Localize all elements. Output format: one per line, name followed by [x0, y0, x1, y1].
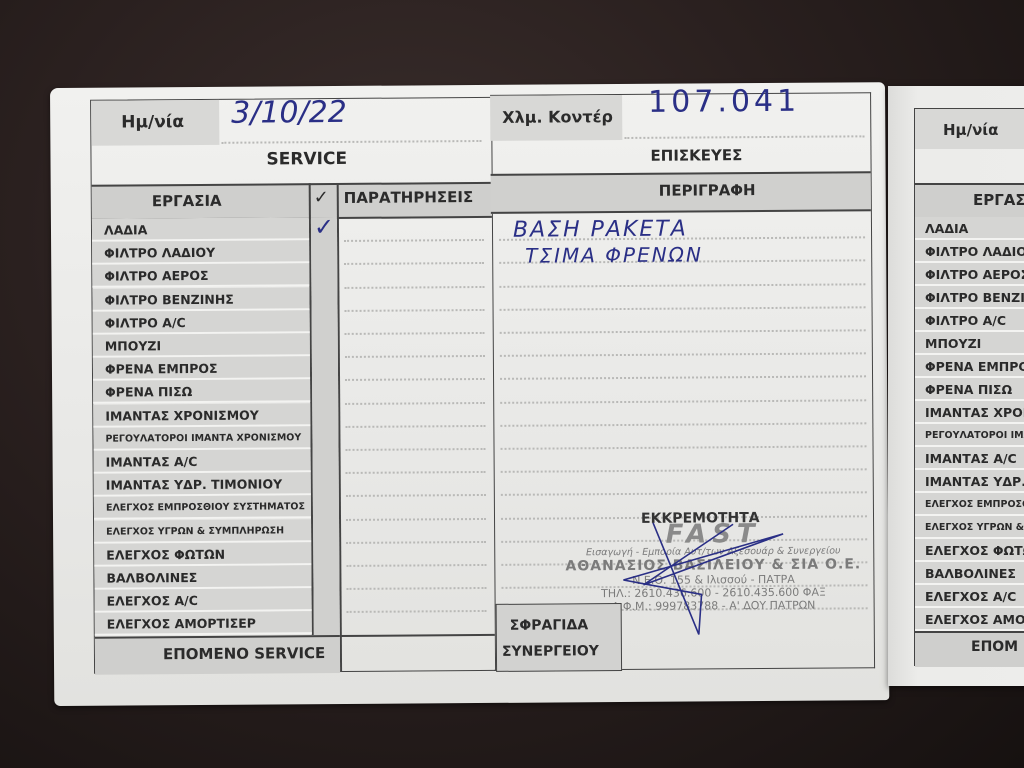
task-row: ΕΛΕΓΧΟΣ ΑΜΟΡΤΙΣΕΡ: [95, 612, 312, 637]
repairs-title: ΕΠΙΣΚΕΥΕΣ: [650, 146, 742, 165]
task-row: ΕΛΕΓΧΟΣ ΦΩΤΩΝ: [94, 542, 311, 567]
notes-column-header: ΠΑΡΑΤΗΡΗΣΕΙΣ: [344, 188, 474, 207]
task-row: ΙΜΑΝΤΑΣ A/C: [94, 449, 311, 474]
right-task-row: ΙΜΑΝΤΑΣ ΥΔΡ.: [915, 470, 1024, 493]
odometer-label: Χλμ. Κοντέρ: [502, 107, 613, 127]
task-row: ΡΕΓΟΥΛΑΤΟΡΟΙ ΙΜΑΝΤΑ ΧΡΟΝΙΣΜΟΥ: [93, 426, 310, 451]
right-task-row: ΜΠΟΥΖΙ: [915, 332, 1024, 355]
right-date-label: Ημ/νία: [943, 121, 998, 139]
right-task-row: ΒΑΛΒΟΛΙΝΕΣ: [915, 562, 1024, 585]
task-row: ΦΙΛΤΡΟ ΑΕΡΟΣ: [92, 264, 309, 289]
signature-scribble: [603, 514, 804, 655]
right-task-header: ΕΡΓΑΣ: [973, 191, 1024, 209]
right-task-row: ΦΙΛΤΡΟ ΑΕΡΟΣ: [915, 263, 1024, 286]
task-row: ΒΑΛΒΟΛΙΝΕΣ: [94, 565, 311, 590]
task-row: ΦΙΛΤΡΟ ΒΕΝΖΙΝΗΣ: [92, 287, 309, 312]
right-task-row: ΕΛΕΓΧΟΣ A/C: [915, 585, 1024, 608]
task-row: ΙΜΑΝΤΑΣ ΥΔΡ. ΤΙΜΟΝΙΟΥ: [94, 472, 311, 497]
task-row: ΜΠΟΥΖΙ: [93, 333, 310, 358]
shop-stamp-label-2: ΣΥΝΕΡΓΕΙΟΥ: [502, 643, 599, 660]
task-row: ΦΙΛΤΡΟ A/C: [93, 310, 310, 335]
task-row: ΕΛΕΓΧΟΣ ΕΜΠΡΟΣΘΙΟΥ ΣΥΣΤΗΜΑΤΟΣ: [94, 496, 311, 521]
task-row: ΦΙΛΤΡΟ ΛΑΔΙΟΥ: [92, 240, 309, 265]
date-value[interactable]: 3/10/22: [231, 95, 347, 131]
right-task-row: ΕΛΕΓΧΟΣ ΦΩΤΩΝ: [915, 539, 1024, 562]
right-task-row: ΛΑΔΙΑ: [915, 217, 1024, 240]
task-row: ΕΛΕΓΧΟΣ A/C: [95, 588, 312, 613]
odometer-value[interactable]: 107.041: [648, 84, 800, 120]
description-line-2[interactable]: ΤΣΙΜΑ ΦΡΕΝΩΝ: [525, 242, 703, 267]
task-row: ΦΡΕΝΑ ΕΜΠΡΟΣ: [93, 356, 310, 381]
task-row: ΕΛΕΓΧΟΣ ΥΓΡΩΝ & ΣΥΜΠΛΗΡΩΣΗ: [94, 519, 311, 544]
right-task-row: ΦΡΕΝΑ ΠΙΣΩ: [915, 378, 1024, 401]
task-row: ΦΡΕΝΑ ΠΙΣΩ: [93, 380, 310, 405]
task-column-header: ΕΡΓΑΣΙΑ: [152, 192, 222, 210]
task-row: ΛΑΔΙΑ: [92, 217, 309, 242]
right-task-row: ΦΡΕΝΑ ΕΜΠΡΟΣ: [915, 355, 1024, 378]
service-booklet-right-page: Ημ/νία ΕΡΓΑΣ ΛΑΔΙΑΦΙΛΤΡΟ ΛΑΔΙΟΥΦΙΛΤΡΟ ΑΕ…: [888, 86, 1024, 686]
right-task-row: ΕΛΕΓΧΟΣ ΑΜΟΡ: [915, 608, 1024, 631]
date-label: Ημ/νία: [121, 112, 184, 132]
service-title: SERVICE: [266, 149, 347, 170]
task-row: ΙΜΑΝΤΑΣ ΧΡΟΝΙΣΜΟΥ: [93, 403, 310, 428]
task-check-mark[interactable]: ✓: [314, 213, 334, 241]
right-next-service-label: ΕΠΟΜ: [971, 639, 1018, 655]
check-column-header: ✓: [314, 187, 329, 208]
service-booklet-left-page: Ημ/νία 3/10/22 SERVICE ΕΡΓΑΣΙΑ ✓ ΠΑΡΑΤΗΡ…: [50, 82, 889, 706]
service-section: Ημ/νία 3/10/22 SERVICE ΕΡΓΑΣΙΑ ✓ ΠΑΡΑΤΗΡ…: [90, 97, 496, 674]
right-task-row: ΦΙΛΤΡΟ A/C: [915, 309, 1024, 332]
right-task-row: ΦΙΛΤΡΟ ΒΕΝΖΙΝΗΣ: [915, 286, 1024, 309]
description-header: ΠΕΡΙΓΡΑΦΗ: [659, 181, 756, 200]
right-task-row: ΙΜΑΝΤΑΣ ΧΡΟΝΙΣΜΟΥ: [915, 401, 1024, 424]
right-task-row: ΕΛΕΓΧΟΣ ΥΓΡΩΝ &: [915, 516, 1024, 539]
right-task-row: ΙΜΑΝΤΑΣ A/C: [915, 447, 1024, 470]
next-service-label: ΕΠΟΜΕΝΟ SERVICE: [163, 644, 325, 663]
shop-stamp-label-1: ΣΦΡΑΓΙΔΑ: [510, 617, 588, 634]
description-line-1[interactable]: ΒΑΣΗ ΡΑΚΕΤΑ: [513, 217, 688, 243]
right-task-row: ΡΕΓΟΥΛΑΤΟΡΟΙ ΙΜΑΝΤΑ: [915, 424, 1024, 447]
repairs-section: Χλμ. Κοντέρ 107.041 ΕΠΙΣΚΕΥΕΣ ΠΕΡΙΓΡΑΦΗ …: [490, 92, 875, 671]
right-task-row: ΦΙΛΤΡΟ ΛΑΔΙΟΥ: [915, 240, 1024, 263]
right-task-row: ΕΛΕΓΧΟΣ ΕΜΠΡΟΣΘ: [915, 493, 1024, 516]
